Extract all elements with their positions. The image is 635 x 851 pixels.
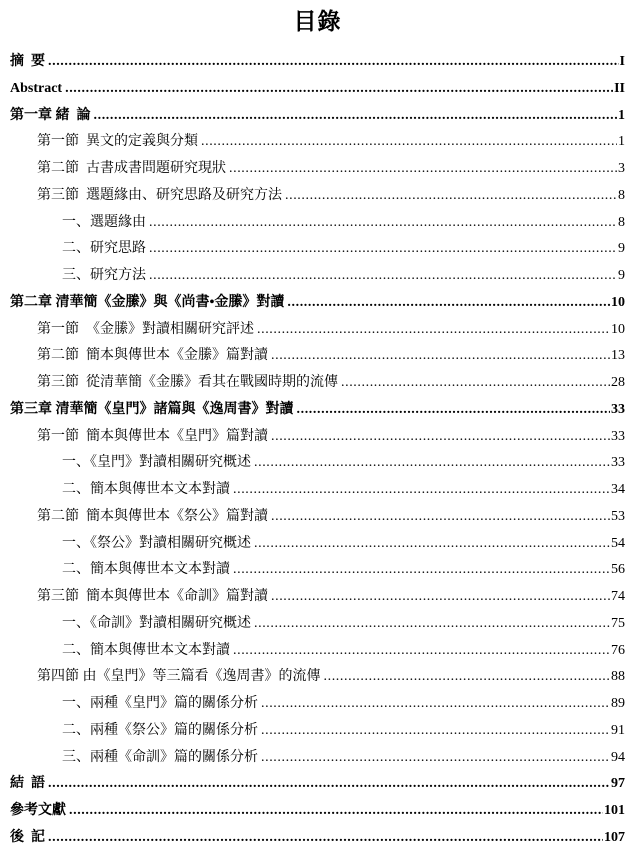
toc-entry[interactable]: 第三節 簡本與傳世本《命訓》篇對讀 74 [10,584,625,611]
page-number: 74 [611,584,625,611]
toc-entry-title: 第三節 簡本與傳世本《命訓》篇對讀 [37,584,268,611]
toc-entry-title: 三、兩種《命訓》篇的關係分析 [62,745,258,772]
toc-entry[interactable]: 一、兩種《皇門》篇的關係分析 89 [10,691,625,718]
dot-leader [297,397,611,424]
page-number: 34 [611,477,625,504]
page-number: 13 [611,343,625,370]
toc-entry[interactable]: 二、簡本與傳世本文本對讀 34 [10,477,625,504]
toc-entry-title: 一、選題緣由 [62,210,146,237]
toc-entry-title: 二、簡本與傳世本文本對讀 [62,557,230,584]
toc-entry[interactable]: 三、兩種《命訓》篇的關係分析 94 [10,745,625,772]
dot-leader [65,76,613,103]
dot-leader [261,691,610,718]
dot-leader [233,638,610,665]
page-number: 9 [618,236,625,263]
dot-leader [233,557,610,584]
dot-leader [94,103,618,130]
page-number: 56 [611,557,625,584]
toc-entry[interactable]: 後 記 107 [10,825,625,851]
toc-entry[interactable]: 第四節 由《皇門》等三篇看《逸周書》的流傳 88 [10,664,625,691]
toc-entry-title: 第二節 簡本與傳世本《祭公》篇對讀 [37,504,268,531]
dot-leader [233,477,610,504]
dot-leader [254,531,610,558]
toc-entry[interactable]: 第一節 異文的定義與分類 1 [10,129,625,156]
toc-entry-title: 第二節 簡本與傳世本《金縢》篇對讀 [37,343,268,370]
dot-leader [149,263,617,290]
toc-entry[interactable]: 第三章 清華簡《皇門》諸篇與《逸周書》對讀 33 [10,397,625,424]
dot-leader [341,370,610,397]
dot-leader [257,317,610,344]
toc-entry-title: 第四節 由《皇門》等三篇看《逸周書》的流傳 [37,664,321,691]
page-number: 28 [611,370,625,397]
dot-leader [69,798,603,825]
toc-entry[interactable]: 一、《祭公》對讀相關研究概述 54 [10,531,625,558]
page-number: 101 [604,798,625,825]
toc-entry-title: 一、《祭公》對讀相關研究概述 [62,531,251,558]
dot-leader [48,49,619,76]
toc-entry[interactable]: 第二節 簡本與傳世本《祭公》篇對讀 53 [10,504,625,531]
toc-entry-title: 一、《皇門》對讀相關研究概述 [62,450,251,477]
toc-entry[interactable]: 二、研究思路 9 [10,236,625,263]
toc-entry-title: 第三節 選題緣由、研究思路及研究方法 [37,183,282,210]
toc-entry-title: 一、《命訓》對讀相關研究概述 [62,611,251,638]
page-number: 8 [618,183,625,210]
dot-leader [324,664,611,691]
dot-leader [254,611,610,638]
toc-entry[interactable]: Abstract II [10,76,625,103]
toc-entry[interactable]: 第一節 簡本與傳世本《皇門》篇對讀 33 [10,424,625,451]
toc-entry-title: 第一節 異文的定義與分類 [37,129,198,156]
dot-leader [261,718,610,745]
page-number: 33 [611,450,625,477]
page-number: I [620,49,625,76]
toc-page: 目錄 摘 要 I Abstract II 第一章 緒 論 1 第一節 異文的定義… [0,0,635,851]
toc-entry[interactable]: 結 語 97 [10,771,625,798]
toc-entry[interactable]: 二、兩種《祭公》篇的關係分析 91 [10,718,625,745]
toc-entry-title: 第一節 簡本與傳世本《皇門》篇對讀 [37,424,268,451]
dot-leader [229,156,617,183]
dot-leader [261,745,610,772]
toc-entry-title: 一、兩種《皇門》篇的關係分析 [62,691,258,718]
toc-entry-title: 第二章 清華簡《金縢》與《尚書•金縢》對讀 [10,290,284,317]
page-number: 53 [611,504,625,531]
toc-entry-title: 參考文獻 [10,798,66,825]
toc-entry-title: Abstract [10,76,62,103]
page-number: 9 [618,263,625,290]
toc-entry[interactable]: 摘 要 I [10,49,625,76]
toc-entry-title: 摘 要 [10,49,45,76]
toc-entry[interactable]: 三、研究方法 9 [10,263,625,290]
toc-entry-title: 第一節 《金縢》對讀相關研究評述 [37,317,254,344]
toc-entry-title: 三、研究方法 [62,263,146,290]
toc-entry-title: 二、研究思路 [62,236,146,263]
page-number: 88 [611,664,625,691]
toc-entry-title: 第一章 緒 論 [10,103,91,130]
toc-entry[interactable]: 第三節 從清華簡《金縢》看其在戰國時期的流傳 28 [10,370,625,397]
dot-leader [48,771,610,798]
dot-leader [271,424,610,451]
page-number: 91 [611,718,625,745]
page-number: 3 [618,156,625,183]
dot-leader [149,236,617,263]
page-number: 54 [611,531,625,558]
page-number: 76 [611,638,625,665]
toc-entry-title: 結 語 [10,771,45,798]
dot-leader [271,504,610,531]
toc-entry-title: 第三章 清華簡《皇門》諸篇與《逸周書》對讀 [10,397,294,424]
dot-leader [254,450,610,477]
page-number: 33 [611,397,625,424]
toc-entry[interactable]: 第一章 緒 論 1 [10,103,625,130]
page-number: 10 [611,317,625,344]
dot-leader [149,210,617,237]
toc-entry-title: 二、兩種《祭公》篇的關係分析 [62,718,258,745]
toc-list: 摘 要 I Abstract II 第一章 緒 論 1 第一節 異文的定義與分類… [10,49,625,851]
toc-entry[interactable]: 第一節 《金縢》對讀相關研究評述 10 [10,317,625,344]
toc-entry[interactable]: 第二節 簡本與傳世本《金縢》篇對讀 13 [10,343,625,370]
page-number: 107 [604,825,625,851]
toc-entry[interactable]: 第三節 選題緣由、研究思路及研究方法 8 [10,183,625,210]
toc-entry-title: 後 記 [10,825,45,851]
dot-leader [271,343,610,370]
page-number: 75 [611,611,625,638]
toc-entry[interactable]: 第二章 清華簡《金縢》與《尚書•金縢》對讀 10 [10,290,625,317]
page-number: 8 [618,210,625,237]
toc-entry-title: 二、簡本與傳世本文本對讀 [62,638,230,665]
toc-entry-title: 第二節 古書成書問題研究現狀 [37,156,226,183]
page-number: II [614,76,625,103]
page-number: 1 [618,129,625,156]
page-number: 89 [611,691,625,718]
page-number: 33 [611,424,625,451]
toc-entry-title: 二、簡本與傳世本文本對讀 [62,477,230,504]
toc-entry[interactable]: 二、簡本與傳世本文本對讀 76 [10,638,625,665]
toc-entry[interactable]: 一、選題緣由 8 [10,210,625,237]
page-title: 目錄 [10,7,625,37]
page-number: 97 [611,771,625,798]
toc-entry-title: 第三節 從清華簡《金縢》看其在戰國時期的流傳 [37,370,338,397]
toc-entry[interactable]: 參考文獻 101 [10,798,625,825]
toc-entry[interactable]: 一、《皇門》對讀相關研究概述 33 [10,450,625,477]
page-number: 1 [618,103,625,130]
dot-leader [48,825,603,851]
dot-leader [271,584,610,611]
dot-leader [285,183,617,210]
page-number: 94 [611,745,625,772]
dot-leader [287,290,610,317]
toc-entry[interactable]: 第二節 古書成書問題研究現狀 3 [10,156,625,183]
dot-leader [201,129,617,156]
page-number: 10 [611,290,625,317]
toc-entry[interactable]: 二、簡本與傳世本文本對讀 56 [10,557,625,584]
toc-entry[interactable]: 一、《命訓》對讀相關研究概述 75 [10,611,625,638]
